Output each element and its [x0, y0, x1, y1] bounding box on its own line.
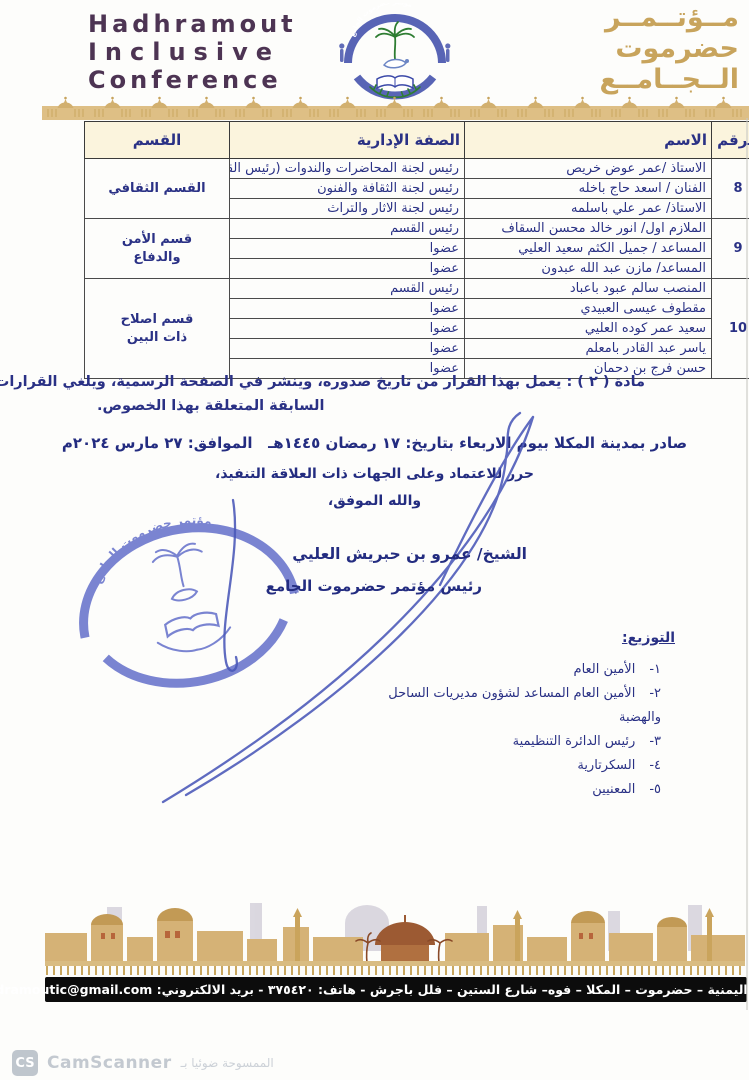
title-arabic-line: مــؤتــمــر — [499, 2, 739, 33]
conference-emblem-icon: مؤتمر حضرموت الجامع — [332, 3, 458, 101]
member-name: الاستاذ/ عمر علي باسلمه — [465, 199, 712, 219]
distribution-item-number: ٢- — [649, 682, 661, 706]
roster-table-body: 8الاستاذ /عمر عوض خريصرئيس لجنة المحاضرا… — [85, 159, 749, 379]
distribution-section: التوزيع: ١-الأمين العام٢-الأمين العام ال… — [345, 630, 675, 802]
skyline-illustration — [45, 903, 745, 975]
signatory-title: رئيس مؤتمر حضرموت الجامع — [238, 577, 482, 595]
distribution-item: ٣-رئيس الدائرة التنظيمية — [345, 730, 675, 754]
distribution-item-label: رئيس الدائرة التنظيمية — [513, 734, 636, 749]
title-arabic: مــؤتــمــر حضرموت الــجــامــع — [499, 2, 739, 95]
stamp-dove-icon — [171, 587, 198, 602]
camscanner-watermark: CS CamScanner الممسوحة ضوئيا بـ — [12, 1050, 274, 1076]
article-2-paragraph: مادة ( ٢ ) : يعمل بهذا القرار من تاريخ ص… — [97, 370, 645, 418]
distribution-item-label: الأمين العام — [574, 662, 636, 677]
member-role: عضوا — [230, 239, 465, 259]
title-arabic-line: حضرموت — [499, 33, 739, 64]
member-name: المنصب سالم عبود باعباد — [465, 279, 712, 299]
member-name: الفنان / اسعد حاج باخله — [465, 179, 712, 199]
distribution-item-label: السكرتارية — [577, 758, 635, 773]
distribution-item: ٢-الأمين العام المساعد لشؤون مديريات الس… — [345, 682, 675, 730]
member-role: رئيس لجنة الاثار والتراث — [230, 199, 465, 219]
roster-table: الرقم الاسم الصفة الإدارية القسم 8الاستا… — [84, 121, 746, 379]
camscanner-brand: CamScanner — [47, 1053, 172, 1073]
department-name: قسم الأمن والدفاع — [85, 219, 230, 279]
title-english-line: Conference — [88, 66, 320, 94]
member-name: مقطوف عيسى العبيدي — [465, 299, 712, 319]
approval-line: حرر للاعتماد وعلى الجهات ذات العلاقة الت… — [0, 466, 749, 482]
distribution-item-label: الأمين العام المساعد لشؤون مديريات الساح… — [388, 686, 661, 725]
column-header-number: الرقم — [712, 122, 749, 159]
svg-text:مؤتمر حضرموت الجامع: مؤتمر حضرموت الجامع — [80, 507, 222, 588]
title-english: Hadhramout Inclusive Conference — [88, 10, 320, 94]
footer-contact-bar: الجمهورية اليمنية – حضرموت – المكلا – فو… — [45, 977, 747, 1002]
member-name: ياسر عبد القادر بامعلم — [465, 339, 712, 359]
department-name: قسم اصلاح ذات البين — [85, 279, 230, 379]
distribution-item-number: ٤- — [649, 754, 661, 778]
distribution-item-label: المعنيين — [592, 782, 635, 797]
article-line: السابقة المتعلقة بهذا الخصوص. — [97, 394, 645, 418]
camscanner-cs-icon: CS — [12, 1050, 38, 1076]
title-arabic-line: الــجــامــع — [499, 64, 739, 95]
member-role: رئيس لجنة المحاضرات والندوات (رئيس القسم… — [230, 159, 465, 179]
member-role: رئيس القسم — [230, 279, 465, 299]
scanned-document-page: Hadhramout Inclusive Conference مؤتمر حض… — [0, 0, 749, 1080]
palm-tree-icon — [376, 22, 414, 59]
stamp-arc-text: مؤتمر حضرموت الجامع — [80, 507, 222, 588]
stamp-book-icon — [164, 610, 218, 636]
stamp-laurel-icon — [158, 627, 234, 657]
camscanner-scanned-with-label: الممسوحة ضوئيا بـ — [181, 1056, 274, 1070]
issued-date-line: صادر بمدينة المكلا بيوم الاربعاء بتاريخ:… — [0, 434, 749, 452]
title-english-line: Inclusive — [88, 38, 320, 66]
row-number: 10 — [712, 279, 749, 379]
member-role: عضوا — [230, 319, 465, 339]
stamp-palm-icon — [151, 542, 208, 591]
distribution-heading: التوزيع: — [345, 630, 675, 646]
row-number: 8 — [712, 159, 749, 219]
column-header-name: الاسم — [465, 122, 712, 159]
member-name: المساعد / جميل الكثم سعيد العليي — [465, 239, 712, 259]
member-name: الملازم اول/ انور خالد محسن السقاف — [465, 219, 712, 239]
distribution-item: ٥-المعنيين — [345, 778, 675, 802]
member-name: الاستاذ /عمر عوض خريص — [465, 159, 712, 179]
distribution-item: ٤-السكرتارية — [345, 754, 675, 778]
title-english-line: Hadhramout — [88, 10, 320, 38]
member-role: رئيس القسم — [230, 219, 465, 239]
distribution-item: ١-الأمين العام — [345, 658, 675, 682]
column-header-role: الصفة الإدارية — [230, 122, 465, 159]
department-name: القسم الثقافي — [85, 159, 230, 219]
signatory-name: الشيخ/ عمرو بن حبريش العليي — [285, 545, 527, 563]
member-role: عضوا — [230, 259, 465, 279]
column-header-department: القسم — [85, 122, 230, 159]
distribution-item-number: ٣- — [649, 730, 661, 754]
member-name: المساعد/ مازن عبد الله عبدون — [465, 259, 712, 279]
gold-band-ornament — [42, 96, 749, 120]
member-role: عضوا — [230, 339, 465, 359]
distribution-list: ١-الأمين العام٢-الأمين العام المساعد لشؤ… — [345, 658, 675, 802]
member-role: رئيس لجنة الثقافة والفنون — [230, 179, 465, 199]
member-name: سعيد عمر كوده العليي — [465, 319, 712, 339]
distribution-item-number: ١- — [649, 658, 661, 682]
member-role: عضوا — [230, 299, 465, 319]
open-book-icon — [377, 76, 413, 88]
scan-edge-artifact — [746, 118, 748, 1010]
dove-icon — [384, 59, 409, 68]
distribution-item-number: ٥- — [649, 778, 661, 802]
row-number: 9 — [712, 219, 749, 279]
article-line: مادة ( ٢ ) : يعمل بهذا القرار من تاريخ ص… — [97, 370, 645, 394]
